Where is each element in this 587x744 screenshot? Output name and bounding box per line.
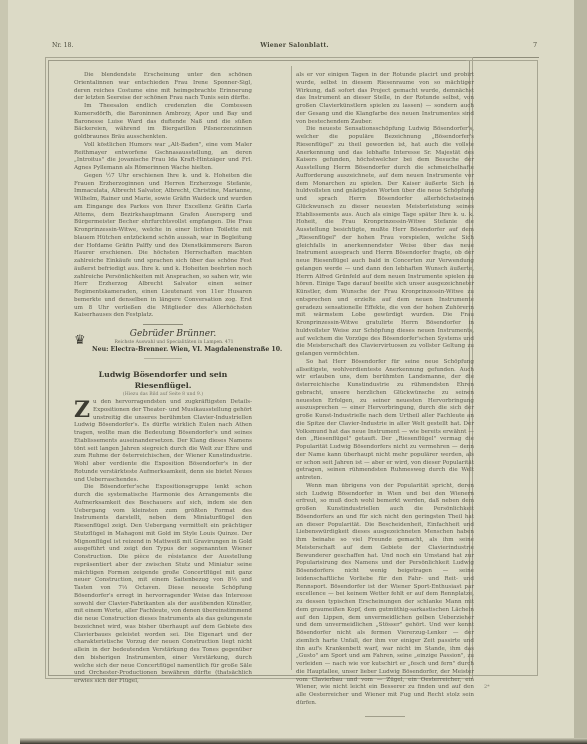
page-number: 7 <box>533 42 537 49</box>
running-header: Nr. 18. Wiener Salonblatt. 7 <box>52 42 537 54</box>
ad-address: Neu: Electra-Brenner. Wien, VI. Magdalen… <box>74 346 252 354</box>
paragraph: Gegen ½7 Uhr erschienen Ihre k. und k. H… <box>74 173 252 320</box>
ad-rule <box>143 324 183 325</box>
paragraph: Die blendendste Erscheinung unter den sc… <box>74 72 252 103</box>
page-edge <box>574 0 587 744</box>
double-headed-eagle-icon: ♛ <box>74 332 88 350</box>
advertisement: ♛ Gebrüder Brünner. Reichste Auswahl und… <box>74 324 252 364</box>
paragraph: als er vor einigen Tagen in der Rotunde … <box>296 72 474 126</box>
article-first-paragraph: Zu den hervorragendsten und zugkräftigst… <box>74 399 252 484</box>
paragraph: Die Bösendorfer'sche Expositionsgruppe l… <box>74 484 252 686</box>
column-divider <box>291 66 292 670</box>
paragraph: Voll köstlichen Humors war „Alt-Baden", … <box>74 142 252 173</box>
page-bottom-shadow <box>20 738 587 744</box>
ad-company-name: Gebrüder Brünner. <box>74 329 252 340</box>
paragraph: So hat Herr Bösendorfer für seine neue S… <box>296 359 474 483</box>
paragraph: Wenn man übrigens von der Popularität sp… <box>296 483 474 708</box>
text-frame-margin <box>466 60 538 676</box>
publication-title: Wiener Salonblatt. <box>52 42 537 49</box>
ad-separator <box>144 358 182 359</box>
header-rule <box>50 57 539 58</box>
article-end-rule <box>365 716 405 717</box>
article-title: Ludwig Bösendorfer und sein Riesenflügel… <box>74 369 252 391</box>
ad-number: 471 <box>225 340 234 345</box>
paragraph: Im Theesalon endlich credenzten die Comt… <box>74 103 252 142</box>
article-subtitle: (Hiezu das Bild auf Seite 8 und 9.) <box>74 391 252 399</box>
paragraph: Die neueste Sensationsschöpfung Ludwig B… <box>296 126 474 359</box>
signature-mark: 2* <box>484 684 490 690</box>
drop-cap: Z <box>74 400 90 422</box>
left-column: Die blendendste Erscheinung unter den sc… <box>74 72 252 686</box>
right-column: als er vor einigen Tagen in der Rotunde … <box>296 72 474 717</box>
